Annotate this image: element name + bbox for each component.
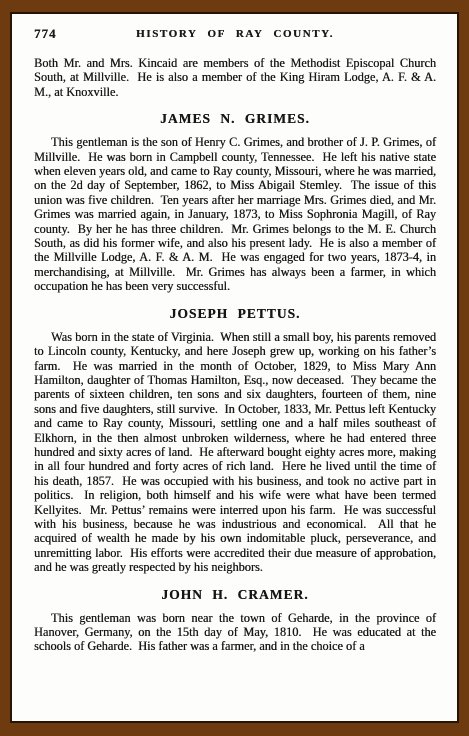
- book-page: 774 HISTORY OF RAY COUNTY. Both Mr. and …: [10, 12, 459, 723]
- heading-joseph-pettus: JOSEPH PETTUS.: [34, 306, 436, 322]
- running-title: HISTORY OF RAY COUNTY.: [34, 26, 436, 40]
- paragraph-james-n-grimes: This gentleman is the son of Henry C. Gr…: [34, 135, 436, 293]
- heading-john-h-cramer: JOHN H. CRAMER.: [34, 587, 436, 603]
- heading-james-n-grimes: JAMES N. GRIMES.: [34, 111, 436, 127]
- page-header: 774 HISTORY OF RAY COUNTY.: [34, 26, 436, 43]
- page-number: 774: [34, 26, 57, 42]
- scanned-page-frame: 774 HISTORY OF RAY COUNTY. Both Mr. and …: [0, 0, 469, 736]
- paragraph-kincaid-continuation: Both Mr. and Mrs. Kincaid are members of…: [34, 56, 436, 99]
- paragraph-joseph-pettus: Was born in the state of Virginia. When …: [34, 330, 436, 575]
- paragraph-john-h-cramer: This gentleman was born near the town of…: [34, 611, 436, 654]
